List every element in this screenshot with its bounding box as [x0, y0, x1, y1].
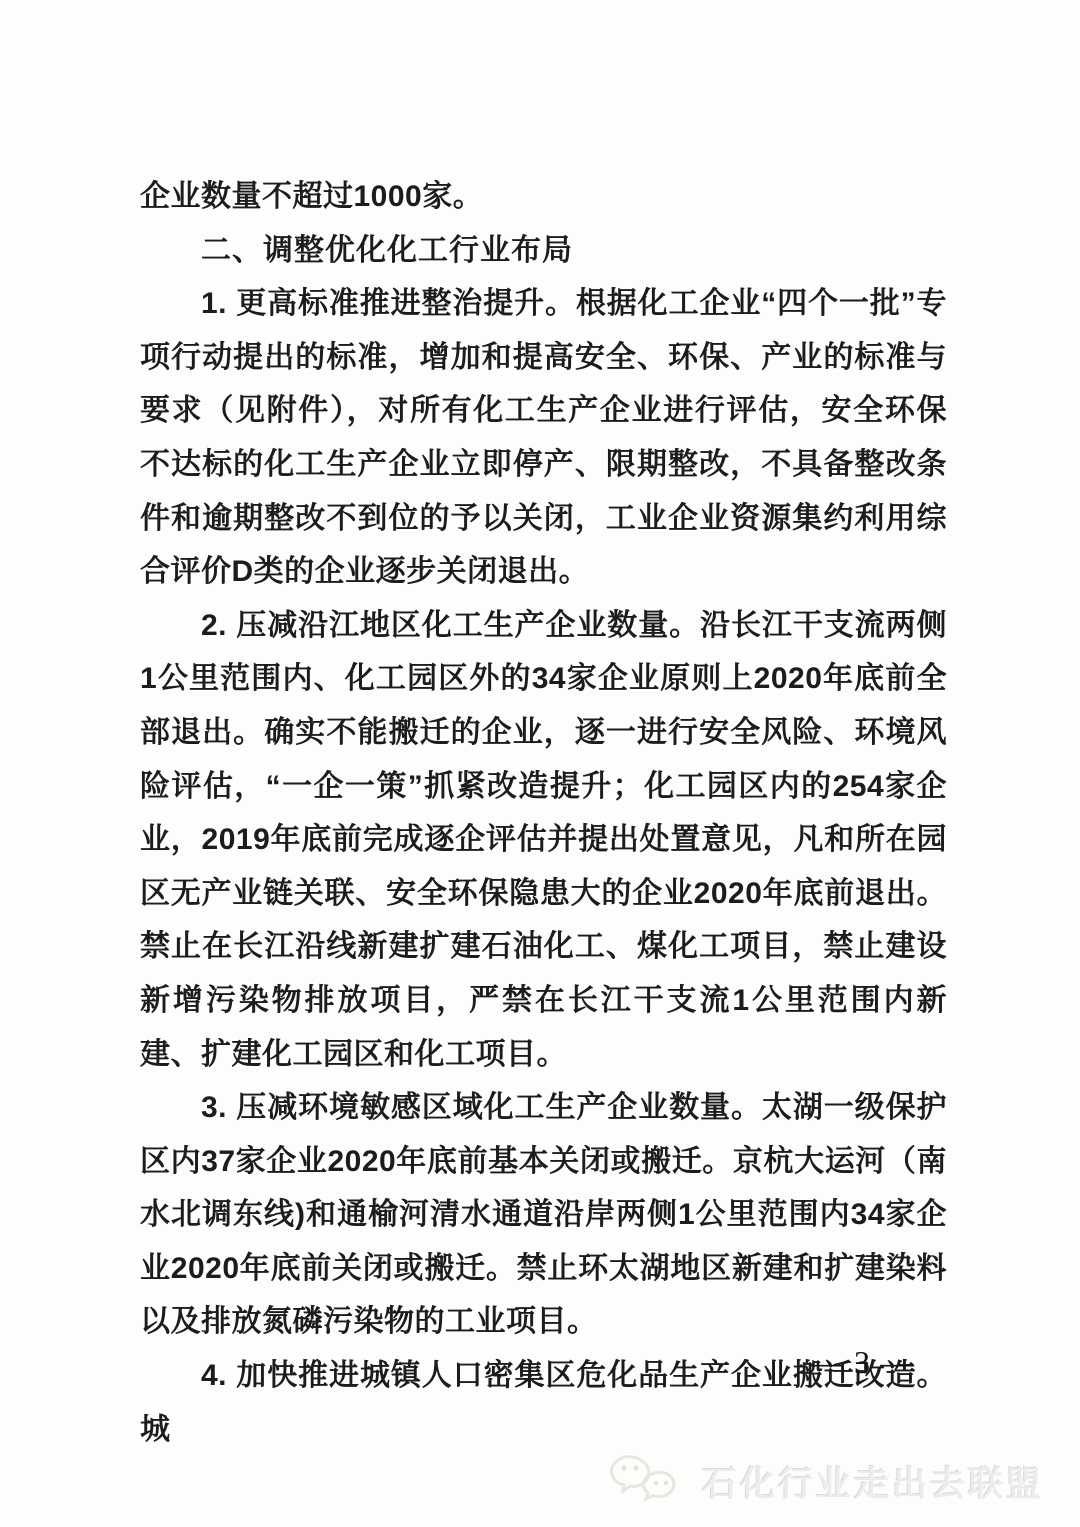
document-body: 企业数量不超过1000家。二、调整优化化工行业布局1. 更高标准推进整治提升。根… [140, 170, 947, 1456]
paragraph: 3. 压减环境敏感区域化工生产企业数量。太湖一级保护区内37家企业2020年底前… [140, 1081, 947, 1349]
paragraph: 企业数量不超过1000家。 [140, 170, 947, 224]
paragraph: 2. 压减沿江地区化工生产企业数量。沿长江干支流两侧1公里范围内、化工园区外的3… [140, 599, 947, 1081]
watermark: 石化行业走出去联盟 [608, 1452, 1044, 1511]
section-heading: 二、调整优化化工行业布局 [140, 224, 947, 278]
page-number: — 3 — [810, 1344, 916, 1381]
document-page: 企业数量不超过1000家。二、调整优化化工行业布局1. 更高标准推进整治提升。根… [0, 0, 1080, 1527]
wechat-icon [608, 1452, 694, 1511]
paragraph: 1. 更高标准推进整治提升。根据化工企业“四个一批”专项行动提出的标准，增加和提… [140, 277, 947, 599]
watermark-text: 石化行业走出去联盟 [702, 1457, 1044, 1507]
